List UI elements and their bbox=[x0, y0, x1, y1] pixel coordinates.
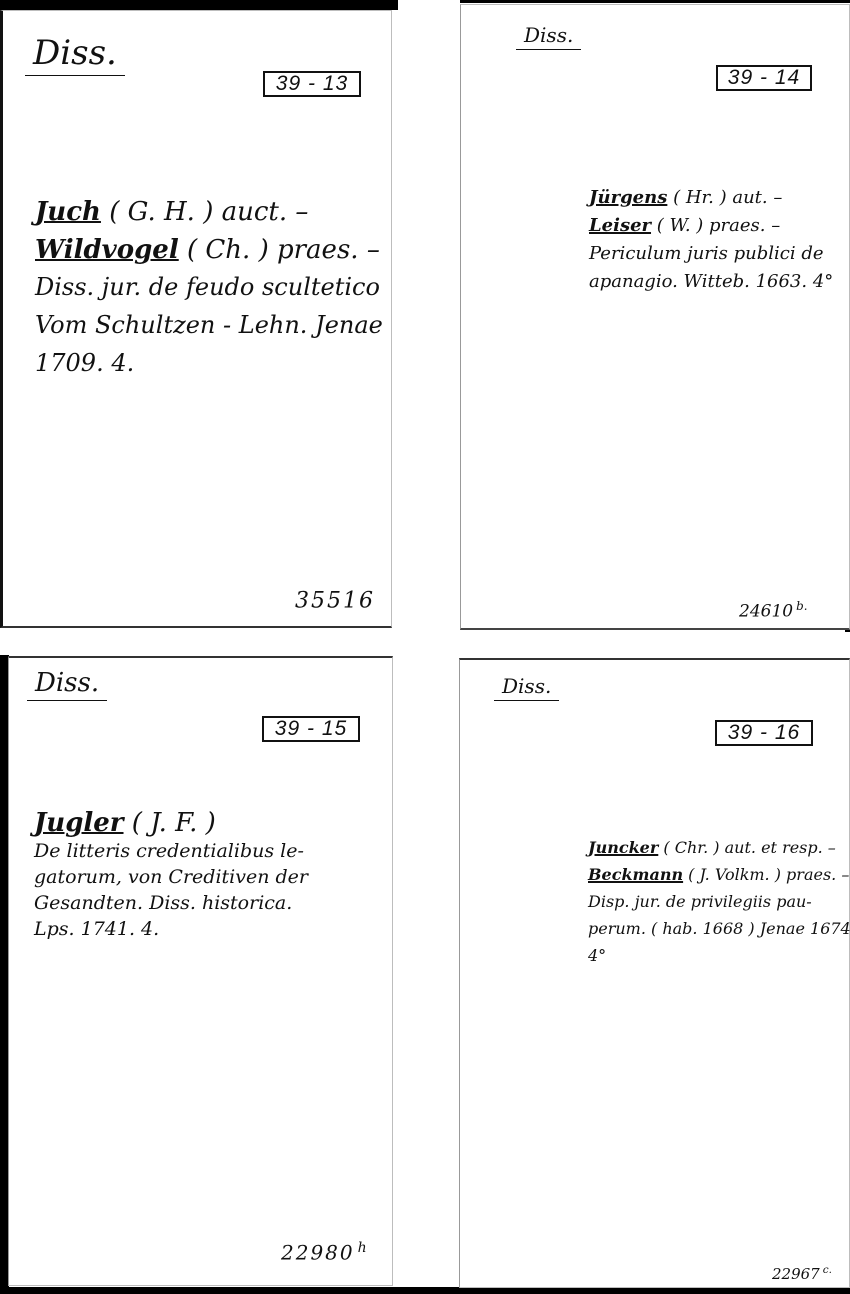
scan-border-top-right bbox=[460, 0, 850, 3]
imprint-line: Lps. 1741. 4. bbox=[34, 920, 308, 939]
title-line: De litteris credentialibus le- bbox=[34, 842, 308, 861]
format-line: 4° bbox=[588, 948, 850, 964]
card-body: Jugler ( J. F. ) De litteris credentiali… bbox=[34, 810, 308, 939]
scan-border-bottom bbox=[0, 1287, 850, 1294]
author-role: ( G. H. ) auct. – bbox=[101, 197, 308, 227]
catalogue-card-39-14: Diss. 39 - 14 Jürgens ( Hr. ) aut. – Lei… bbox=[460, 4, 850, 630]
praeses-role: ( J. Volkm. ) praes. – bbox=[683, 865, 849, 884]
praeses-role: ( W. ) praes. – bbox=[651, 215, 780, 236]
title-line: Gesandten. Diss. historica. bbox=[34, 894, 308, 913]
praeses-role: ( Ch. ) praes. – bbox=[179, 235, 380, 265]
accession-number: 22967c. bbox=[772, 1264, 832, 1283]
praeses-name: Leiser bbox=[589, 215, 651, 236]
catalogue-card-39-13: Diss. 39 - 13 Juch ( G. H. ) auct. – Wil… bbox=[0, 10, 392, 628]
card-body: Juncker ( Chr. ) aut. et resp. – Beckman… bbox=[588, 840, 850, 964]
category-label: Diss. bbox=[516, 23, 581, 50]
author-initials: ( J. F. ) bbox=[124, 808, 216, 838]
call-number: 39 - 13 bbox=[263, 71, 361, 97]
imprint-line: 1709. 4. bbox=[35, 351, 383, 375]
author-name: Jürgens bbox=[589, 187, 667, 208]
author-name: Juncker bbox=[588, 838, 658, 857]
category-label: Diss. bbox=[494, 674, 559, 701]
praeses-name: Wildvogel bbox=[35, 235, 179, 265]
catalogue-card-39-16: Diss. 39 - 16 Juncker ( Chr. ) aut. et r… bbox=[459, 658, 850, 1288]
author-name: Juch bbox=[35, 197, 101, 227]
title-line: Vom Schultzen - Lehn. Jenae bbox=[35, 313, 383, 337]
author-name: Jugler bbox=[34, 808, 124, 838]
title-line: Periculum juris publici de bbox=[589, 245, 833, 263]
author-role: ( Chr. ) aut. et resp. – bbox=[658, 838, 836, 857]
title-line: gatorum, von Creditiven der bbox=[34, 868, 308, 887]
catalogue-card-39-15: Diss. 39 - 15 Jugler ( J. F. ) De litter… bbox=[8, 656, 393, 1286]
scan-border-top-left bbox=[0, 0, 398, 10]
call-number: 39 - 16 bbox=[715, 720, 813, 746]
title-line: Disp. jur. de privilegiis pau- bbox=[588, 894, 850, 910]
title-line: Diss. jur. de feudo scultetico bbox=[35, 275, 383, 299]
accession-number: 35516 bbox=[295, 585, 378, 613]
imprint-line: apanagio. Witteb. 1663. 4° bbox=[589, 273, 833, 291]
card-body: Jürgens ( Hr. ) aut. – Leiser ( W. ) pra… bbox=[589, 189, 833, 291]
category-label: Diss. bbox=[27, 668, 107, 701]
imprint-line: perum. ( hab. 1668 ) Jenae 1674. bbox=[588, 921, 850, 937]
category-label: Diss. bbox=[25, 33, 125, 76]
card-body: Juch ( G. H. ) auct. – Wildvogel ( Ch. )… bbox=[35, 199, 383, 375]
author-role: ( Hr. ) aut. – bbox=[667, 187, 782, 208]
accession-number: 24610b. bbox=[739, 599, 808, 622]
praeses-name: Beckmann bbox=[588, 865, 683, 884]
call-number: 39 - 15 bbox=[262, 716, 360, 742]
call-number: 39 - 14 bbox=[716, 65, 812, 91]
accession-number: 22980h bbox=[281, 1240, 367, 1265]
